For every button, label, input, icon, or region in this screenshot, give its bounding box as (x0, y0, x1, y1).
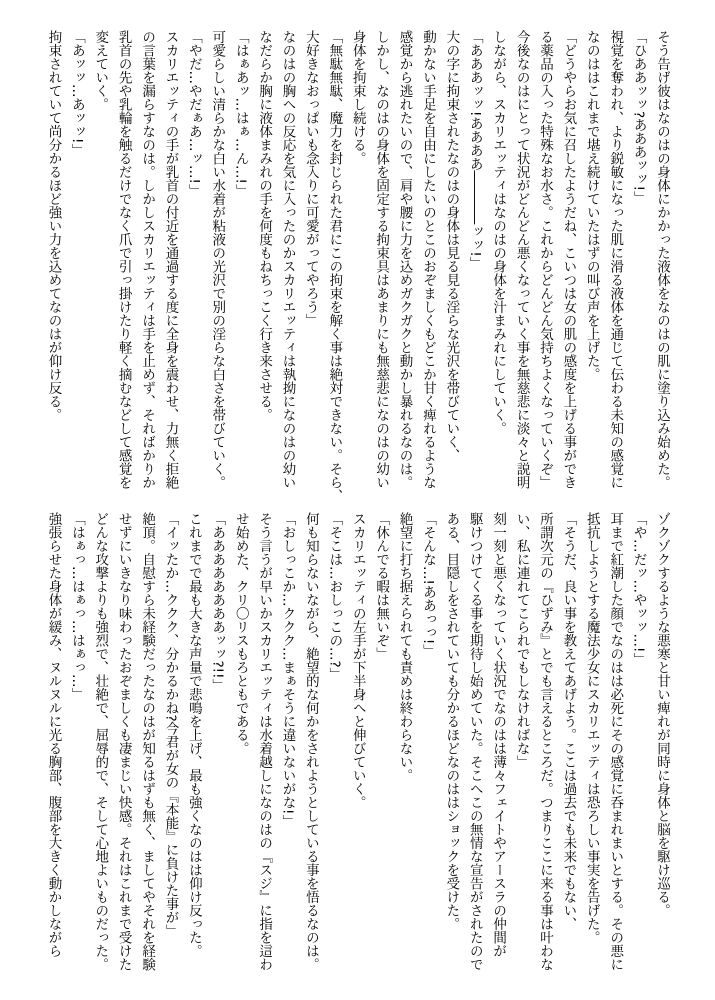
text-line: せ始めた、クリ〇リスもろともである。 (228, 512, 251, 978)
text-line: 「おしっこか…ククク…まぁそうに違いないがな!」 (275, 512, 298, 978)
text-line: 大好きなおっぱいも念入りに可愛がってやろう」 (299, 30, 322, 508)
text-line: 「や…だッ…やッッ…!」 (626, 512, 649, 978)
text-line: 抵抗しようとする魔法少女にスカリエッティは恐ろしい事実を告げた。 (579, 512, 602, 978)
text-line: 刻一刻と悪くなっていく状況でなのはは薄々フェイトやアースラの仲間が (486, 512, 509, 978)
text-line: ゾクゾクするような悪寒と甘い痺れが同時に身体と脳を駆け巡る。 (650, 512, 673, 978)
text-line: 絶望に打ち据えられても責めは終わらない。 (392, 512, 415, 978)
text-line: ある、目隠しをされていても分かるほどなのははショックを受けた。 (439, 512, 462, 978)
text-line: 視覚を奪われ、より鋭敏になった肌に滑る液体を通じて伝わる未知の感覚に (603, 30, 626, 508)
text-line: 感覚から逃れたいので、肩や腰に力を込めガクガクと動かし暴れるなのは。 (392, 30, 415, 508)
text-line: 駆けつけてくる事を期待し始めていた。そこへこの無情な宣告がされたので (462, 512, 485, 978)
text-line: 絶頂。自慰すら未経験だったなのはが知るはずも無く、ましてやそれを経験 (135, 512, 158, 978)
text-line: 「そんな…!ああっっ!」 (416, 512, 439, 978)
text-line: スカリエッティの左手が下半身へと伸びていく。 (345, 512, 368, 978)
text-line: 「そこは…おしっこの…?」 (322, 512, 345, 978)
text-line: 「はぁあッ…はぁ…ん…!」 (228, 30, 251, 508)
text-line: 大の字に拘束されたなのはの身体は見る見る淫らな光沢を帯びていく、 (439, 30, 462, 508)
text-line: なのはの胸への反応を気に入ったのかスカリエッティは執拗になのはの幼い (275, 30, 298, 508)
text-line: 「休んでる暇は無いぞ」 (369, 512, 392, 978)
text-line: 今後なのはにとって状況がどんどん悪くなっていく事を無慈悲に淡々と説明 (509, 30, 532, 508)
text-line: 動かない手足を自由にしたいのとこのおぞましくもどこか甘く痺れるような (416, 30, 439, 508)
text-line: 「あああッッ!ああああ――――ッッ!」 (462, 30, 485, 508)
text-line: そう告げ彼はなのはの身体にかかった液体をなのはの肌に塗り込み始めた。 (650, 30, 673, 508)
text-line: 「ひああッッ?あああッッ!」 (626, 30, 649, 508)
text-line: る薬品の入った特殊なお水さ。これからどんどん気持ちよくなっていくぞ」 (533, 30, 556, 508)
text-line: 「無駄無駄、魔力を封じられた君にこの拘束を解く事は絶対できない。そら、 (322, 30, 345, 508)
text-line: 可愛らしい清らかな白い水着が粘液の光沢で別の淫らな白さを帯びていく。 (205, 30, 228, 508)
text-line: 所謂次元の『ひずみ』とでも言えるところだ。つまりここに来る事は叶わな (533, 512, 556, 978)
text-line: 強張らせた身体が緩み、ヌルヌルに光る胸部、腹部を大きく動かしながら (41, 512, 64, 978)
text-line: の言葉を漏らすなのは。しかしスカリエッティは手を止めず、そればかりか (135, 30, 158, 508)
novel-page: そう告げ彼はなのはの身体にかかった液体をなのはの肌に塗り込み始めた。「ひああッッ… (0, 0, 715, 1000)
text-line: 拘束されていて尚分かるほど強い力を込めてなのはが仰け反る。 (41, 30, 64, 508)
text-line: い、私に連れてこられでもしなければな」 (509, 512, 532, 978)
text-line: 「イッたか…ククク、分かるかね?今君が女の『本能』に負けた事が」 (158, 512, 181, 978)
text-block-top: そう告げ彼はなのはの身体にかかった液体をなのはの肌に塗り込み始めた。「ひああッッ… (41, 30, 673, 508)
text-line: これまでで最も大きな声量で悲鳴を上げ、最も強くなのはは仰け反った。 (181, 512, 204, 978)
text-line: しながら、スカリエッティはなのはの身体を汁まみれにしていく。 (486, 30, 509, 508)
text-line: どんな攻撃よりも強烈で、壮絶で、屈辱的で、そして心地よいものだった。 (88, 512, 111, 978)
text-line: せずにいきなり味わったおぞましくも凄まじい快感。それはこれまで受けた (111, 512, 134, 978)
text-line: 「やだ…やだぁあ…ッ…!」 (181, 30, 204, 508)
text-line: スカリエッティの手が乳首の付近を通過する度に全身を震わせ、力無く拒絶 (158, 30, 181, 508)
text-line: 乳首の先や乳輪を触るだけでなく爪で引っ掛けたり軽く摘むなどして感覚を (111, 30, 134, 508)
text-line: 何も知らないながら、絶望的な何かをされようとしている事を悟るなのは。 (299, 512, 322, 978)
text-line: 「ああああああああッッ?!!」 (205, 512, 228, 978)
text-line: 「あッッ…あッッ!」 (64, 30, 87, 508)
text-line: 変えていく。 (88, 30, 111, 508)
text-block-bottom: ゾクゾクするような悪寒と甘い痺れが同時に身体と脳を駆け巡る。「や…だッ…やッッ…… (41, 512, 673, 978)
text-line: 身体を拘束し続ける。 (345, 30, 368, 508)
text-line: 「どうやらお気に召したようだね、こいつは女の肌の感度を上げる事ができ (556, 30, 579, 508)
text-line: そう言うが早いかスカリエッティは水着越しになのはの『スジ』に指を這わ (252, 512, 275, 978)
text-line: 「はぁっ…はぁっ…はぁっ…」 (64, 512, 87, 978)
text-line: 耳まで紅潮した顔でなのはは必死にその感覚に呑まれまいとする。その悪に (603, 512, 626, 978)
text-line: しかし、なのはの身体を固定する拘束具はあまりにも無慈悲になのはの幼い (369, 30, 392, 508)
text-line: なだらか胸に液体まみれの手を何度もねちっこく行き来させる。 (252, 30, 275, 508)
text-line: 「そうだ、良い事を教えてあげよう。ここは過去でも未来でもない、 (556, 512, 579, 978)
text-line: なのははこれまで堪え続けていたはずの叫び声を上げた。 (579, 30, 602, 508)
